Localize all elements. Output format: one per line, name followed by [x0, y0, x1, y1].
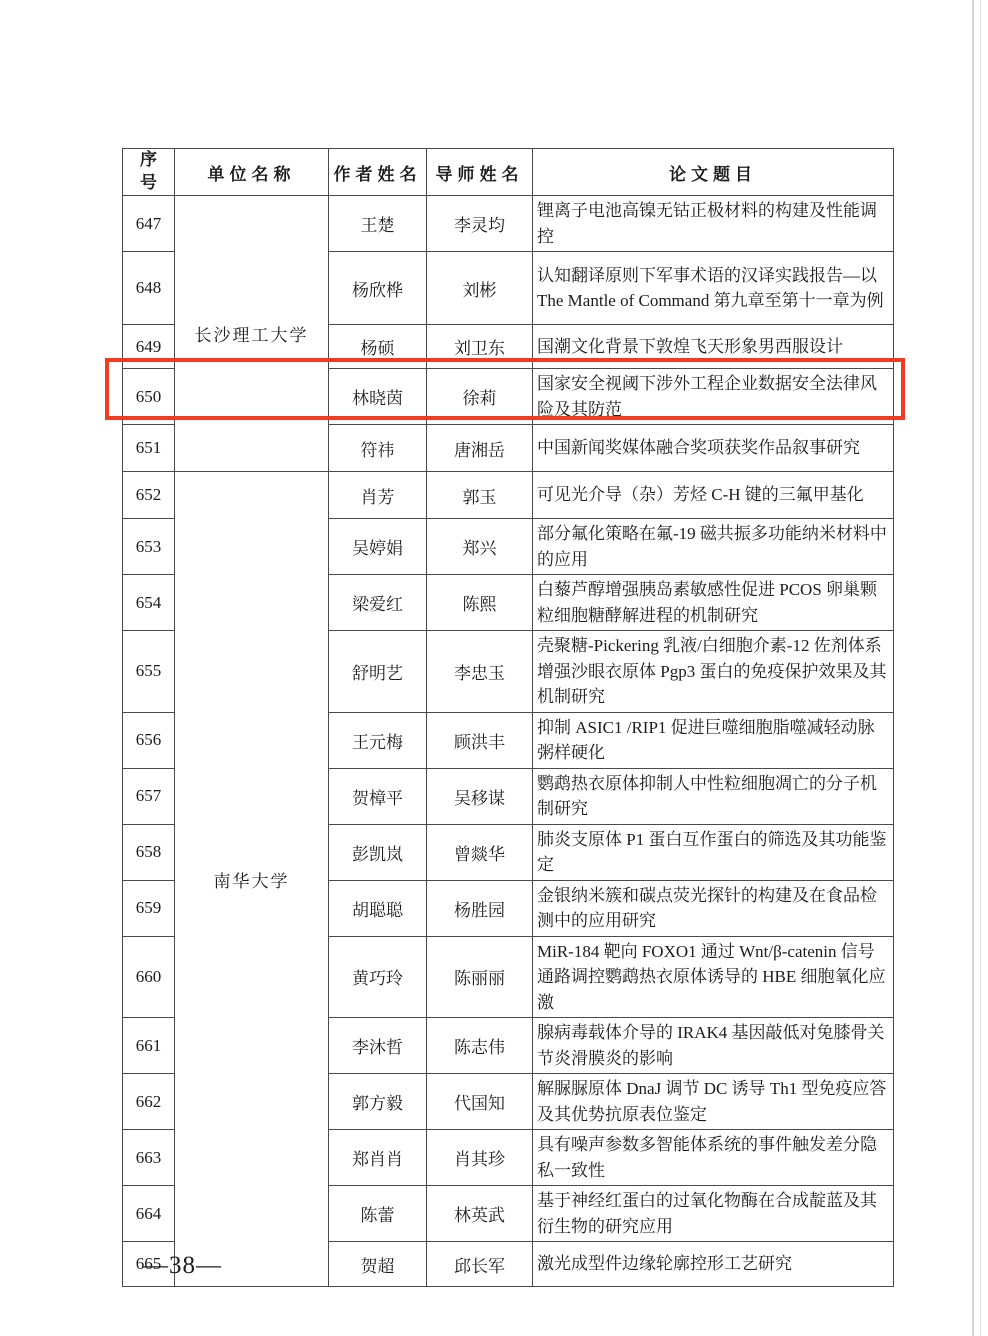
scan-artifact-line: [972, 0, 974, 1336]
cell-author: 彭凯岚: [329, 824, 427, 880]
cell-title: 壳聚糖-Pickering 乳液/白细胞介素-12 佐剂体系增强沙眼衣原体 Pg…: [533, 631, 894, 713]
cell-no: 657: [123, 768, 175, 824]
table-row: 652 南华大学 肖芳 郭玉 可见光介导（杂）芳烃 C-H 键的三氟甲基化: [123, 472, 894, 519]
col-header-title: 论文题目: [533, 149, 894, 196]
cell-no: 652: [123, 472, 175, 519]
cell-author: 杨硕: [329, 325, 427, 369]
cell-no: 664: [123, 1186, 175, 1242]
scan-artifact-line: [980, 0, 981, 1336]
cell-author: 吴婷娟: [329, 519, 427, 575]
cell-advisor: 杨胜园: [427, 880, 533, 936]
cell-no: 659: [123, 880, 175, 936]
cell-author: 郑肖肖: [329, 1130, 427, 1186]
cell-title: 金银纳米簇和碳点荧光探针的构建及在食品检测中的应用研究: [533, 880, 894, 936]
cell-title: 锂离子电池高镍无钴正极材料的构建及性能调控: [533, 196, 894, 252]
cell-advisor: 刘卫东: [427, 325, 533, 369]
cell-no: 653: [123, 519, 175, 575]
table-row: 647 长沙理工大学 王楚 李灵均 锂离子电池高镍无钴正极材料的构建及性能调控: [123, 196, 894, 252]
cell-author: 贺樟平: [329, 768, 427, 824]
cell-advisor: 徐莉: [427, 369, 533, 425]
cell-no: 649: [123, 325, 175, 369]
cell-advisor: 陈熙: [427, 575, 533, 631]
cell-author: 黄巧玲: [329, 936, 427, 1018]
page-number: —38—: [143, 1252, 222, 1280]
document-page: 序号 单位名称 作者姓名 导师姓名 论文题目 647 长沙理工大学 王楚 李灵均…: [0, 0, 988, 1336]
col-header-author: 作者姓名: [329, 149, 427, 196]
thesis-table: 序号 单位名称 作者姓名 导师姓名 论文题目 647 长沙理工大学 王楚 李灵均…: [122, 148, 894, 1287]
cell-advisor: 李忠玉: [427, 631, 533, 713]
cell-no: 648: [123, 252, 175, 325]
col-header-unit: 单位名称: [175, 149, 329, 196]
cell-advisor: 陈志伟: [427, 1018, 533, 1074]
cell-advisor: 曾燚华: [427, 824, 533, 880]
cell-no: 647: [123, 196, 175, 252]
col-header-no-label: 序号: [139, 149, 159, 195]
cell-author: 郭方毅: [329, 1074, 427, 1130]
cell-title: 抑制 ASIC1 /RIP1 促进巨噬细胞脂噬减轻动脉粥样硬化: [533, 712, 894, 768]
cell-title: 认知翻译原则下军事术语的汉译实践报告—以 The Mantle of Comma…: [533, 252, 894, 325]
col-header-advisor: 导师姓名: [427, 149, 533, 196]
cell-advisor: 刘彬: [427, 252, 533, 325]
cell-author: 肖芳: [329, 472, 427, 519]
cell-no: 656: [123, 712, 175, 768]
cell-advisor: 林英武: [427, 1186, 533, 1242]
cell-advisor: 代国知: [427, 1074, 533, 1130]
cell-author: 杨欣桦: [329, 252, 427, 325]
cell-no: 651: [123, 425, 175, 472]
cell-author: 王楚: [329, 196, 427, 252]
col-header-no: 序号: [123, 149, 175, 196]
cell-title: 国家安全视阈下涉外工程企业数据安全法律风险及其防范: [533, 369, 894, 425]
cell-title: 中国新闻奖媒体融合奖项获奖作品叙事研究: [533, 425, 894, 472]
cell-advisor: 陈丽丽: [427, 936, 533, 1018]
cell-no: 662: [123, 1074, 175, 1130]
cell-author: 王元梅: [329, 712, 427, 768]
cell-advisor: 李灵均: [427, 196, 533, 252]
cell-advisor: 邱长军: [427, 1242, 533, 1287]
cell-advisor: 肖其珍: [427, 1130, 533, 1186]
cell-title: 可见光介导（杂）芳烃 C-H 键的三氟甲基化: [533, 472, 894, 519]
cell-author: 陈蕾: [329, 1186, 427, 1242]
cell-title: 基于神经红蛋白的过氧化物酶在合成靛蓝及其衍生物的研究应用: [533, 1186, 894, 1242]
cell-no: 661: [123, 1018, 175, 1074]
cell-advisor: 顾洪丰: [427, 712, 533, 768]
cell-advisor: 郭玉: [427, 472, 533, 519]
cell-title: 部分氟化策略在氟-19 磁共振多功能纳米材料中的应用: [533, 519, 894, 575]
cell-no: 654: [123, 575, 175, 631]
cell-author: 符祎: [329, 425, 427, 472]
cell-title: 白藜芦醇增强胰岛素敏感性促进 PCOS 卵巢颗粒细胞糖酵解进程的机制研究: [533, 575, 894, 631]
cell-author: 贺超: [329, 1242, 427, 1287]
cell-title: 鹦鹉热衣原体抑制人中性粒细胞凋亡的分子机制研究: [533, 768, 894, 824]
cell-title: 腺病毒载体介导的 IRAK4 基因敲低对兔膝骨关节炎滑膜炎的影响: [533, 1018, 894, 1074]
cell-advisor: 郑兴: [427, 519, 533, 575]
cell-university-usc: 南华大学: [175, 472, 329, 1287]
cell-no: 655: [123, 631, 175, 713]
cell-author: 舒明艺: [329, 631, 427, 713]
cell-author: 林晓茵: [329, 369, 427, 425]
cell-author: 梁爱红: [329, 575, 427, 631]
cell-title: 肺炎支原体 P1 蛋白互作蛋白的筛选及其功能鉴定: [533, 824, 894, 880]
cell-title: MiR-184 靶向 FOXO1 通过 Wnt/β-catenin 信号通路调控…: [533, 936, 894, 1018]
cell-university-csust: 长沙理工大学: [175, 196, 329, 472]
cell-no: 663: [123, 1130, 175, 1186]
cell-title: 激光成型件边缘轮廓控形工艺研究: [533, 1242, 894, 1287]
header-row: 序号 单位名称 作者姓名 导师姓名 论文题目: [123, 149, 894, 196]
cell-author: 李沐哲: [329, 1018, 427, 1074]
cell-author: 胡聪聪: [329, 880, 427, 936]
cell-title: 解脲脲原体 DnaJ 调节 DC 诱导 Th1 型免疫应答及其优势抗原表位鉴定: [533, 1074, 894, 1130]
cell-title: 具有噪声参数多智能体系统的事件触发差分隐私一致性: [533, 1130, 894, 1186]
cell-title: 国潮文化背景下敦煌飞天形象男西服设计: [533, 325, 894, 369]
cell-no: 660: [123, 936, 175, 1018]
cell-no: 658: [123, 824, 175, 880]
cell-no: 650: [123, 369, 175, 425]
cell-advisor: 唐湘岳: [427, 425, 533, 472]
cell-advisor: 吴移谋: [427, 768, 533, 824]
